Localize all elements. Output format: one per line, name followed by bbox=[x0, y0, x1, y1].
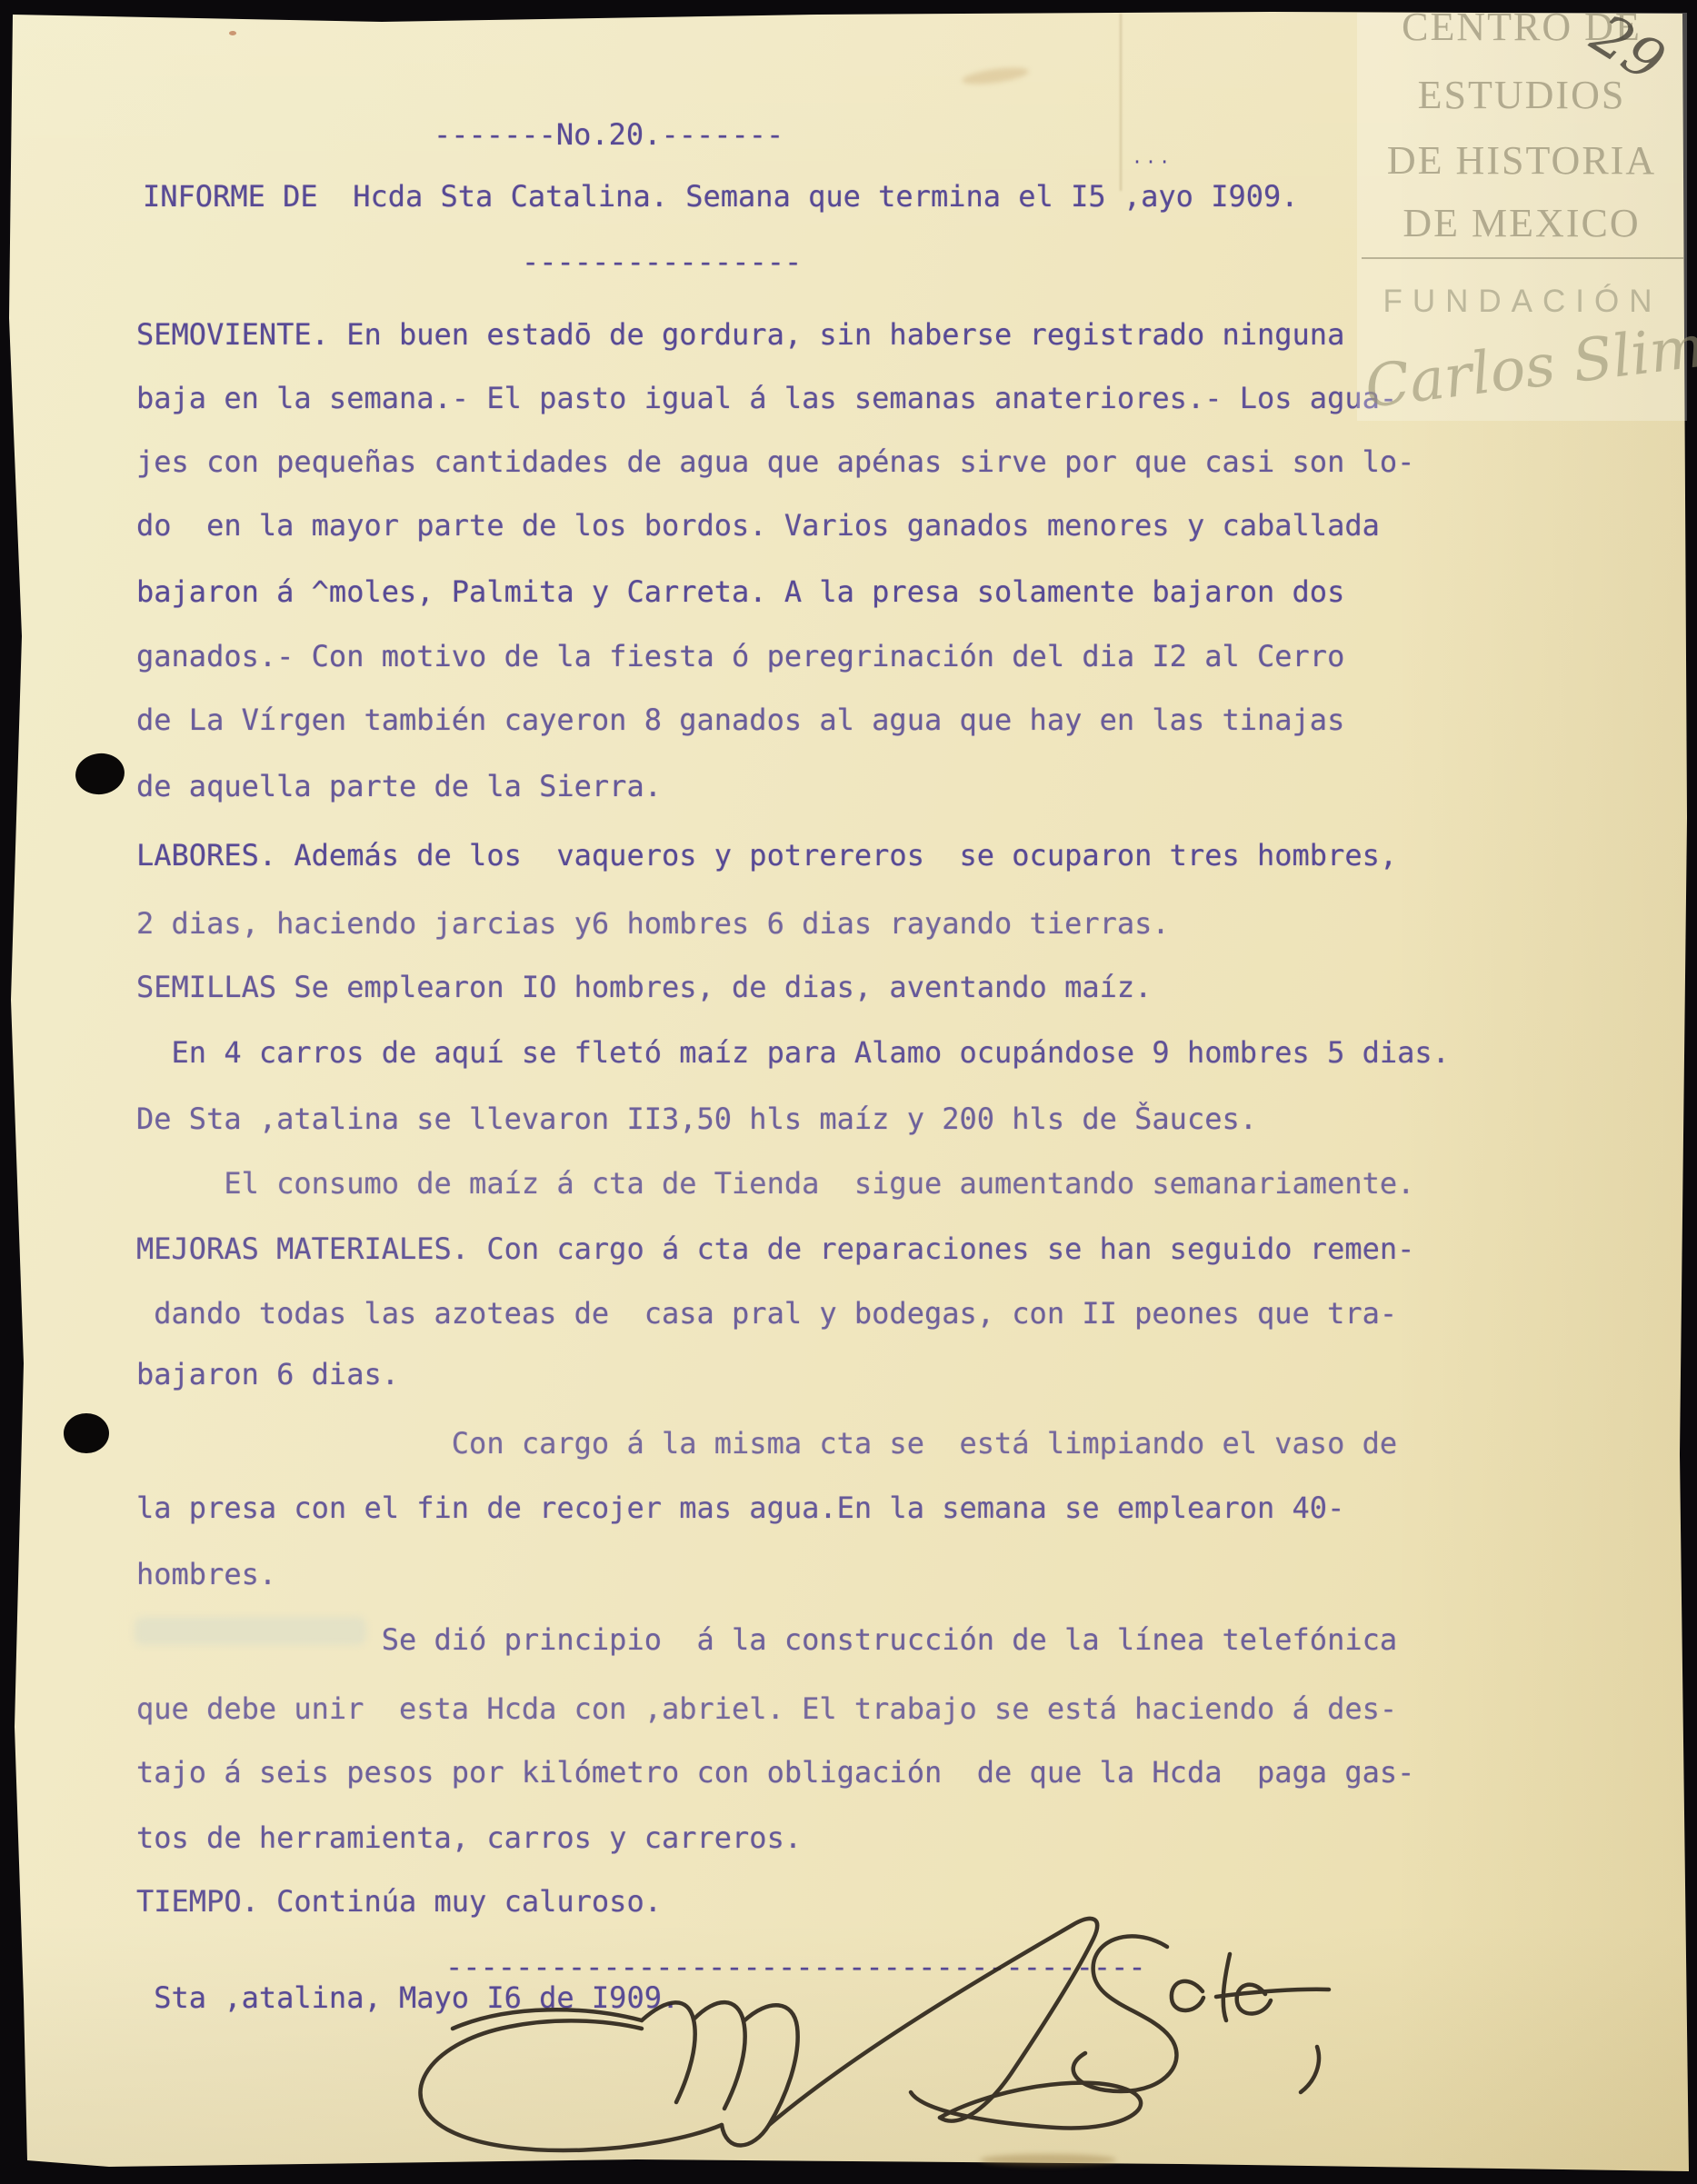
typed-line: que debe unir esta Hcda con ‚abriel. El … bbox=[136, 1692, 1397, 1725]
typed-line: ganados.- Con motivo de la fiesta ó pere… bbox=[136, 640, 1344, 673]
typewriter-overstrike-dots: ··· bbox=[1132, 151, 1173, 173]
watermark-line-3: DE HISTORIA bbox=[1353, 137, 1691, 184]
typed-line: do en la mayor parte de los bordos. Vari… bbox=[136, 509, 1380, 542]
closing-dashed-line: ---------------------------------------- bbox=[445, 1950, 1146, 1983]
closing-date-line: Sta ‚atalina, Mayo I6 de I909. bbox=[136, 1981, 679, 2014]
document-number-line: -------No.20.------- bbox=[434, 118, 784, 151]
watermark-divider-line bbox=[1362, 257, 1683, 259]
typed-line: En 4 carros de aquí se fletó maíz para A… bbox=[136, 1036, 1450, 1069]
typed-line: baja en la semana.- El pasto igual á las… bbox=[136, 382, 1397, 414]
typed-line: MEJORAS MATERIALES. Con cargo á cta de r… bbox=[136, 1232, 1414, 1265]
typed-line: de La Vírgen también cayeron 8 ganados a… bbox=[136, 703, 1344, 736]
erased-text-smudge bbox=[135, 1617, 366, 1645]
typed-line: tajo á seis pesos por kilómetro con obli… bbox=[136, 1756, 1414, 1789]
paper-crease bbox=[1120, 14, 1122, 191]
typed-line: Con cargo á la misma cta se está limpian… bbox=[136, 1427, 1397, 1460]
typed-line: LABORES. Además de los vaqueros y potrer… bbox=[136, 839, 1397, 872]
typed-line: dando todas las azoteas de casa pral y b… bbox=[136, 1297, 1397, 1330]
document-title: INFORME DE Hcda Sta Catalina. Semana que… bbox=[143, 180, 1299, 213]
typed-line: bajaron á ^moles, Palmita y Carreta. A l… bbox=[136, 575, 1344, 608]
scanned-document: -------No.20.------- INFORME DE Hcda Sta… bbox=[0, 0, 1697, 2184]
typed-line: SEMOVIENTE. En buen estadō de gordura, s… bbox=[136, 318, 1344, 351]
typed-line: 2 dias, haciendo jarcias y6 hombres 6 di… bbox=[136, 907, 1170, 940]
typed-line: De Sta ‚atalina se llevaron II3,50 hls m… bbox=[136, 1102, 1257, 1135]
typed-line: bajaron 6 dias. bbox=[136, 1358, 399, 1391]
typed-line: de aquella parte de la Sierra. bbox=[136, 770, 662, 803]
typed-line: tos de herramienta, carros y carreros. bbox=[136, 1821, 802, 1854]
typed-line: SEMILLAS Se emplearon IO hombres, de dia… bbox=[136, 971, 1152, 1003]
typed-line: El consumo de maíz á cta de Tienda sigue… bbox=[136, 1167, 1414, 1200]
title-underline: ---------------- bbox=[522, 245, 802, 278]
watermark-line-4: DE MEXICO bbox=[1353, 200, 1691, 246]
typed-line: hombres. bbox=[136, 1558, 276, 1591]
typed-line: la presa con el fin de recojer mas agua.… bbox=[136, 1491, 1344, 1524]
paper-stain bbox=[229, 31, 236, 35]
paper-stain bbox=[980, 2154, 1116, 2166]
typed-line: jes con pequeñas cantidades de agua que … bbox=[136, 445, 1414, 478]
punch-hole bbox=[64, 1413, 109, 1453]
typed-line: TIEMPO. Continúa muy caluroso. bbox=[136, 1885, 662, 1918]
watermark-foundation-label: FUNDACIÓN bbox=[1354, 284, 1691, 320]
